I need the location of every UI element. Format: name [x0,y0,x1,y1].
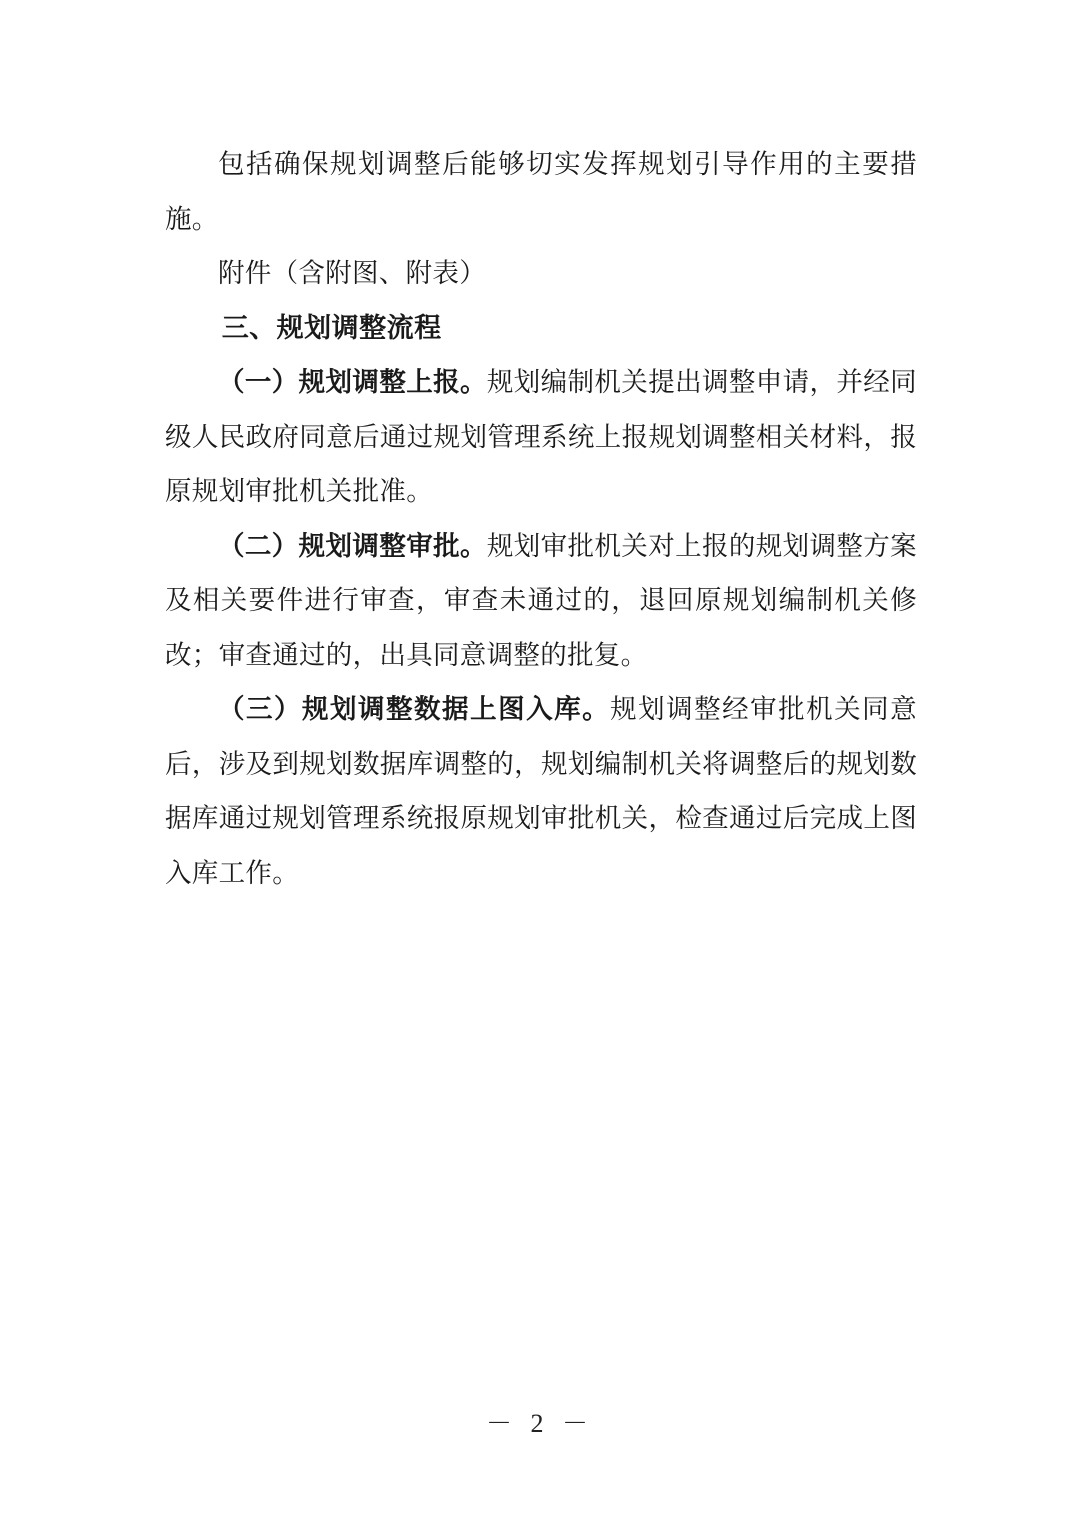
step-paragraph-2: （二）规划调整审批。规划审批机关对上报的规划调整方案及相关要件进行审查，审查未通… [165,520,917,684]
section-heading: 三、规划调整流程 [165,302,917,357]
document-page: 包括确保规划调整后能够切实发挥规划引导作用的主要措施。 附件（含附图、附表） 三… [165,138,917,901]
attachment-line: 附件（含附图、附表） [165,247,917,302]
step-3-title: （三）规划调整数据上图入库。 [218,694,610,725]
step-1-title: （一）规划调整上报。 [218,367,487,398]
step-paragraph-3: （三）规划调整数据上图入库。规划调整经审批机关同意后，涉及到规划数据库调整的，规… [165,683,917,901]
step-paragraph-1: （一）规划调整上报。规划编制机关提出调整申请，并经同级人民政府同意后通过规划管理… [165,356,917,520]
page-number: － 2 － [0,1403,1080,1440]
step-2-title: （二）规划调整审批。 [218,531,487,562]
body-paragraph-measures: 包括确保规划调整后能够切实发挥规划引导作用的主要措施。 [165,138,917,247]
